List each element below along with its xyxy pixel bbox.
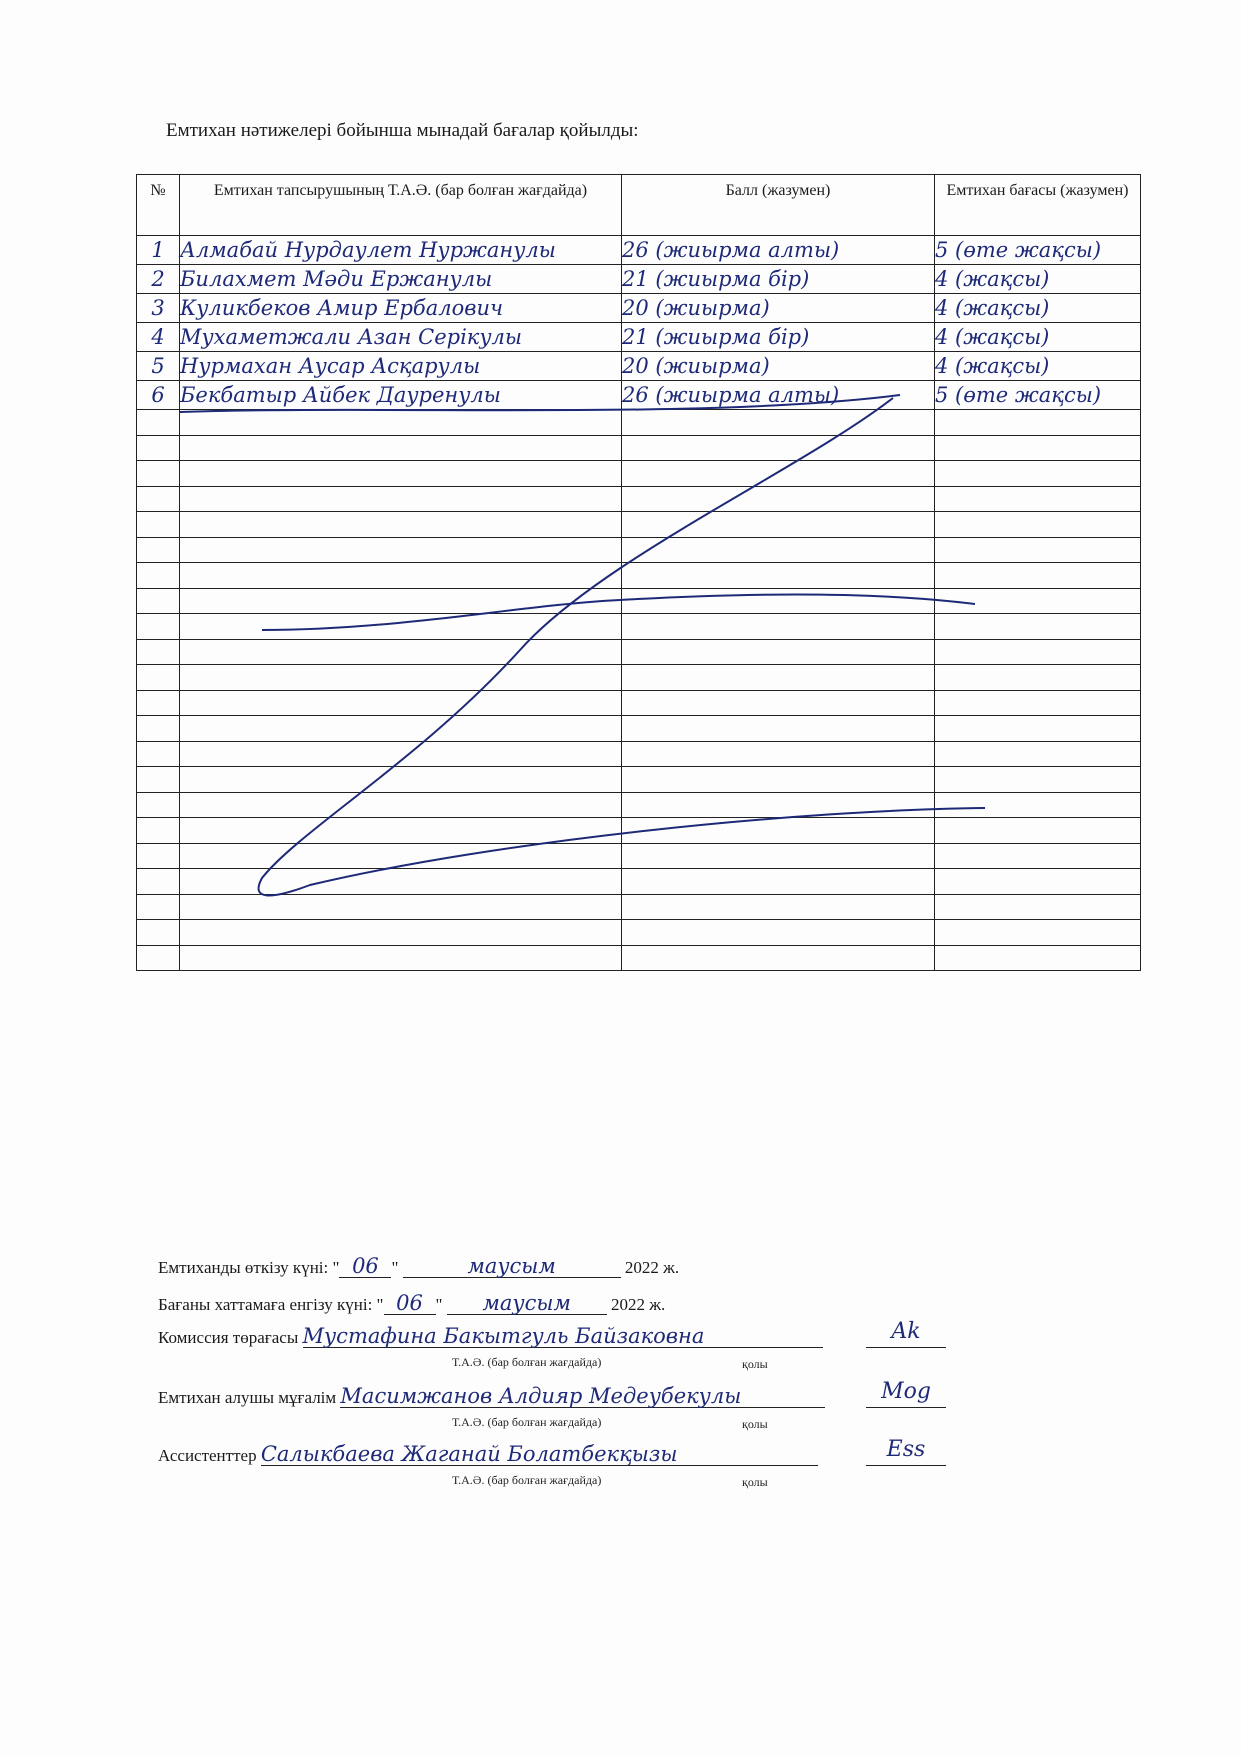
entry-date-month: маусым (447, 1292, 607, 1315)
table-row: 6Бекбатыр Айбек Дауренулы26 (жиырма алты… (137, 381, 1141, 410)
empty-table-row (137, 818, 1141, 844)
entry-date-day: 06 (384, 1292, 436, 1315)
intro-text: Емтихан нәтижелері бойынша мынадай бағал… (166, 120, 639, 142)
header-score: Балл (жазумен) (622, 175, 935, 236)
grade-text: 4 (жақсы) (935, 323, 1141, 352)
signature-caption: қолы (742, 1417, 768, 1432)
signature-caption: қолы (742, 1475, 768, 1490)
empty-table-row (137, 563, 1141, 589)
name-caption: Т.А.Ә. (бар болған жағдайда) (452, 1355, 601, 1370)
score-text: 26 (жиырма алты) (622, 236, 935, 265)
student-name: Куликбеков Амир Ербалович (180, 294, 622, 323)
signatory-line: Ассистенттер Салыкбаева Жаганай Болатбек… (158, 1443, 818, 1466)
grade-text: 5 (өте жақсы) (935, 381, 1141, 410)
signatory-line: Емтихан алушы мұғалім Масимжанов Алдияр … (158, 1385, 825, 1408)
score-text: 21 (жиырма бір) (622, 323, 935, 352)
name-caption: Т.А.Ә. (бар болған жағдайда) (452, 1473, 601, 1488)
signatory-role: Ассистенттер (158, 1446, 257, 1465)
entry-date-label: Бағаны хаттамаға енгізу күні: (158, 1295, 372, 1314)
exam-date-label: Емтиханды өткізу күні: (158, 1258, 328, 1277)
student-name: Бекбатыр Айбек Дауренулы (180, 381, 622, 410)
student-name: Нурмахан Аусар Асқарулы (180, 352, 622, 381)
empty-table-row (137, 741, 1141, 767)
empty-table-row (137, 894, 1141, 920)
bleed-through-text (640, 1612, 644, 1628)
empty-table-row (137, 945, 1141, 971)
table-row: 4Мухаметжали Азан Серікулы21 (жиырма бір… (137, 323, 1141, 352)
exam-date-line: Емтиханды өткізу күні: "06" маусым 2022 … (158, 1255, 679, 1278)
empty-table-row (137, 537, 1141, 563)
table-row: 3Куликбеков Амир Ербалович20 (жиырма)4 (… (137, 294, 1141, 323)
grade-text: 4 (жақсы) (935, 294, 1141, 323)
signature: Ess (866, 1437, 946, 1466)
entry-date-line: Бағаны хаттамаға енгізу күні: "06" маусы… (158, 1292, 665, 1315)
signatory-role: Емтихан алушы мұғалім (158, 1388, 336, 1407)
student-name: Алмабай Нурдаулет Нуржанулы (180, 236, 622, 265)
score-text: 20 (жиырма) (622, 294, 935, 323)
table-row: 2Билахмет Мәди Ержанулы21 (жиырма бір)4 … (137, 265, 1141, 294)
grade-text: 4 (жақсы) (935, 265, 1141, 294)
empty-table-row (137, 665, 1141, 691)
table-header: № Емтихан тапсырушының Т.А.Ә. (бар болға… (137, 175, 1141, 236)
results-table: № Емтихан тапсырушының Т.А.Ә. (бар болға… (136, 174, 1141, 971)
empty-table-row (137, 869, 1141, 895)
empty-table-row (137, 435, 1141, 461)
student-name: Билахмет Мәди Ержанулы (180, 265, 622, 294)
name-caption: Т.А.Ә. (бар болған жағдайда) (452, 1415, 601, 1430)
empty-table-row (137, 767, 1141, 793)
row-number: 3 (137, 294, 180, 323)
empty-table-row (137, 792, 1141, 818)
table-row: 5Нурмахан Аусар Асқарулы20 (жиырма)4 (жа… (137, 352, 1141, 381)
score-text: 21 (жиырма бір) (622, 265, 935, 294)
empty-table-row (137, 920, 1141, 946)
empty-table-row (137, 716, 1141, 742)
header-number: № (137, 175, 180, 236)
empty-table-row (137, 588, 1141, 614)
row-number: 2 (137, 265, 180, 294)
empty-table-row (137, 461, 1141, 487)
row-number: 5 (137, 352, 180, 381)
table-row: 1Алмабай Нурдаулет Нуржанулы26 (жиырма а… (137, 236, 1141, 265)
grade-text: 4 (жақсы) (935, 352, 1141, 381)
signatory-name: Салыкбаева Жаганай Болатбекқызы (261, 1443, 818, 1466)
score-text: 26 (жиырма алты) (622, 381, 935, 410)
signature-caption: қолы (742, 1357, 768, 1372)
empty-table-row (137, 410, 1141, 436)
empty-table-row (137, 690, 1141, 716)
header-grade: Емтихан бағасы (жазумен) (935, 175, 1141, 236)
empty-table-row (137, 614, 1141, 640)
signatory-role: Комиссия төрағасы (158, 1328, 298, 1347)
empty-table-row (137, 639, 1141, 665)
header-name: Емтихан тапсырушының Т.А.Ә. (бар болған … (180, 175, 622, 236)
signatory-name: Масимжанов Алдияр Медеубекулы (340, 1385, 825, 1408)
empty-table-row (137, 486, 1141, 512)
signature: Ak (866, 1319, 946, 1348)
score-text: 20 (жиырма) (622, 352, 935, 381)
row-number: 1 (137, 236, 180, 265)
student-name: Мухаметжали Азан Серікулы (180, 323, 622, 352)
row-number: 4 (137, 323, 180, 352)
exam-date-month: маусым (403, 1255, 621, 1278)
signature: Mog (866, 1379, 946, 1408)
signatory-name: Мустафина Бакытгуль Байзаковна (303, 1325, 823, 1348)
signatory-line: Комиссия төрағасы Мустафина Бакытгуль Ба… (158, 1325, 823, 1348)
exam-date-year: 2022 ж. (625, 1258, 679, 1277)
empty-table-row (137, 843, 1141, 869)
entry-date-year: 2022 ж. (611, 1295, 665, 1314)
exam-date-day: 06 (339, 1255, 391, 1278)
empty-table-row (137, 512, 1141, 538)
grade-text: 5 (өте жақсы) (935, 236, 1141, 265)
row-number: 6 (137, 381, 180, 410)
